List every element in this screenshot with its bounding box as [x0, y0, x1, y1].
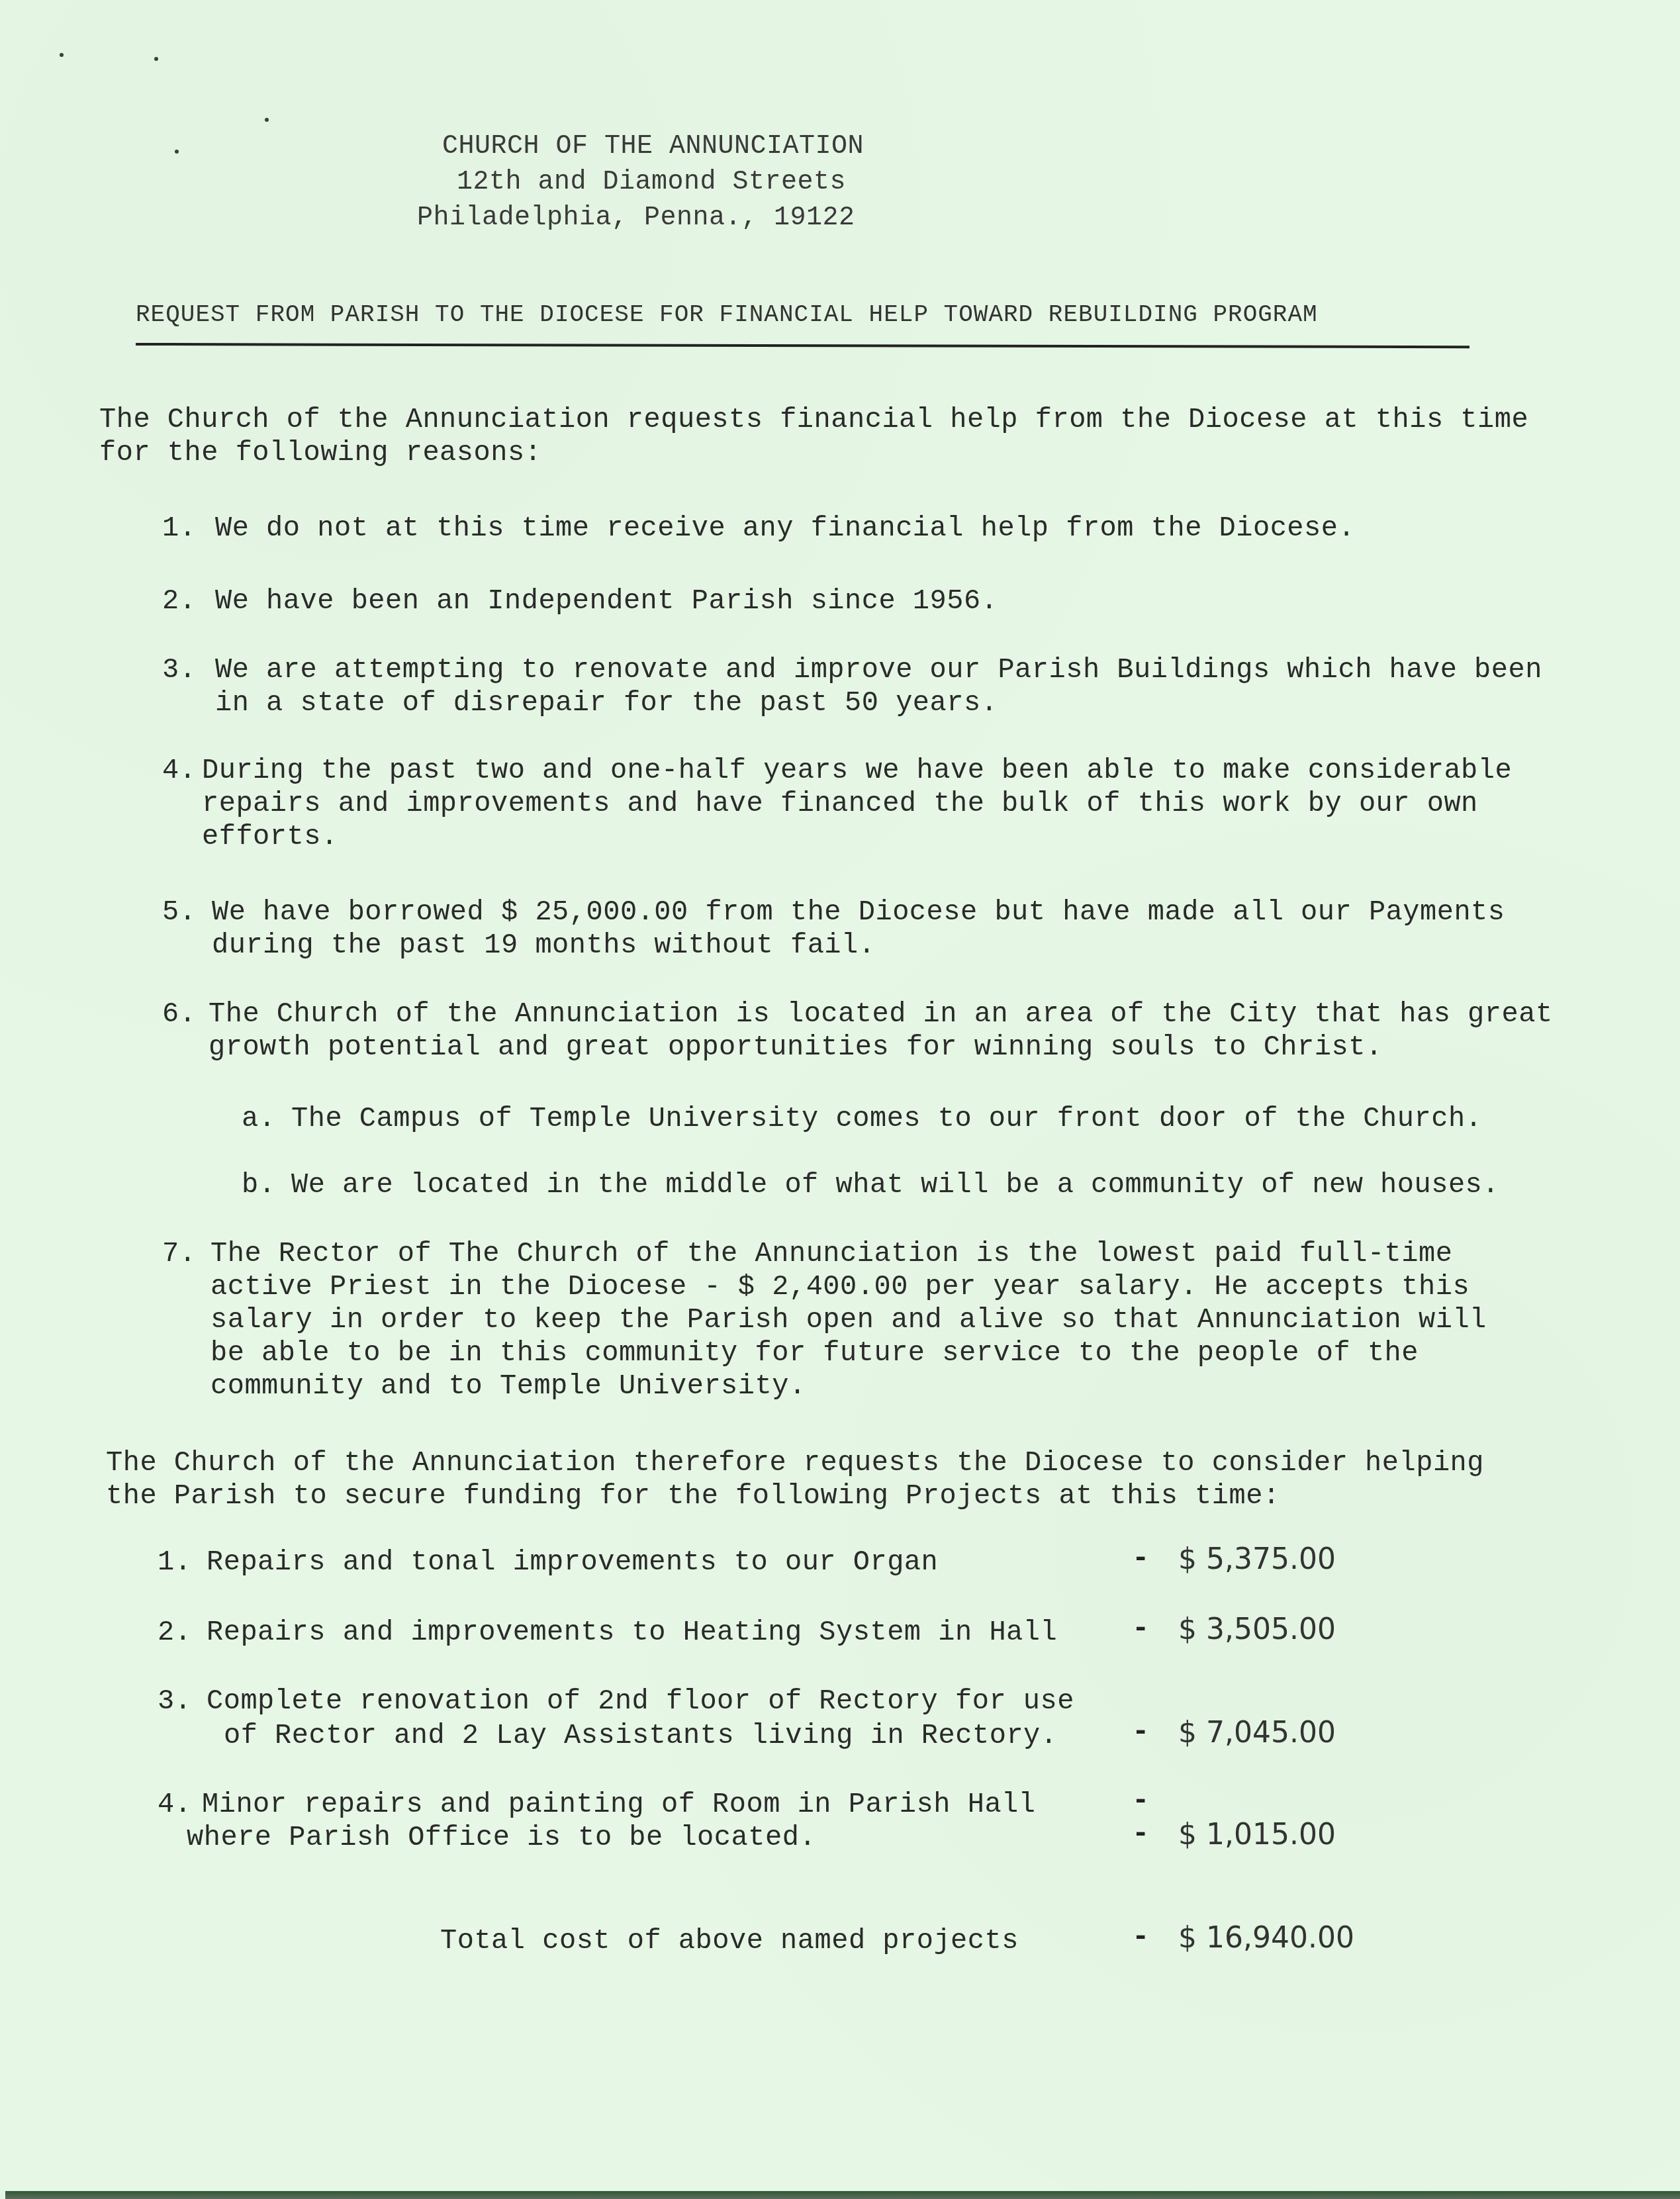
reason-text: We are attempting to renovate and improv… [215, 653, 1542, 687]
reason-text: efforts. [202, 819, 338, 854]
reason-text: We have been an Independent Parish since… [215, 584, 998, 618]
project-description: of Rector and 2 Lay Assistants living in… [224, 1718, 1058, 1753]
document-title: REQUEST FROM PARISH TO THE DIOCESE FOR F… [136, 301, 1470, 328]
ink-speck [265, 118, 269, 122]
project-amount: $ 5,375.00 [1178, 1542, 1336, 1576]
project-amount: $ 1,015.00 [1178, 1818, 1336, 1851]
letterhead-address: 12th and Diamond Streets [457, 165, 846, 200]
reason-text: We have borrowed $ 25,000.00 from the Di… [212, 895, 1505, 929]
intro-line-1: The Church of the Annunciation requests … [99, 402, 1528, 437]
sub-reason-letter: a. [242, 1101, 275, 1136]
page-edge [5, 2191, 1680, 2199]
project-amount: $ 3,505.00 [1178, 1613, 1336, 1646]
letterhead-city: Philadelphia, Penna., 19122 [417, 201, 855, 236]
reason-number: 6. [162, 997, 196, 1031]
reason-text: community and to Temple University. [210, 1369, 806, 1403]
project-dash: - [1132, 1785, 1149, 1818]
reason-number: 2. [162, 584, 196, 618]
ink-speck [60, 53, 64, 57]
sub-reason-text: The Campus of Temple University comes to… [291, 1101, 1482, 1136]
project-amount: $ 7,045.00 [1178, 1716, 1336, 1750]
project-dash: - [1132, 1542, 1149, 1575]
reason-text: during the past 19 months without fail. [212, 928, 875, 962]
project-dash: - [1132, 1818, 1149, 1851]
project-number: 2. [158, 1615, 191, 1650]
ink-speck [154, 57, 158, 61]
project-dash: - [1132, 1716, 1149, 1749]
reason-text: The Church of the Annunciation is locate… [209, 997, 1553, 1031]
project-description: Minor repairs and painting of Room in Pa… [202, 1787, 1036, 1822]
ink-speck [175, 150, 179, 154]
project-number: 4. [158, 1787, 191, 1822]
reason-text: in a state of disrepair for the past 50 … [215, 686, 998, 720]
reason-text: be able to be in this community for futu… [210, 1336, 1419, 1370]
request-line-2: the Parish to secure funding for the fol… [106, 1479, 1280, 1513]
reason-text: repairs and improvements and have financ… [202, 786, 1478, 821]
project-description: where Parish Office is to be located. [187, 1820, 816, 1855]
project-description: Repairs and tonal improvements to our Or… [207, 1545, 938, 1579]
reason-number: 4. [162, 753, 196, 788]
reason-text: The Rector of The Church of the Annuncia… [210, 1237, 1452, 1271]
project-number: 1. [158, 1545, 191, 1579]
reason-text: growth potential and great opportunities… [209, 1030, 1383, 1064]
intro-line-2: for the following reasons: [99, 436, 541, 470]
reason-text: We do not at this time receive any finan… [215, 511, 1355, 545]
total-amount: $ 16,940.00 [1178, 1921, 1354, 1955]
document-page [0, 0, 1680, 2190]
reason-text: active Priest in the Diocese - $ 2,400.0… [210, 1270, 1470, 1304]
project-dash: - [1132, 1613, 1149, 1646]
sub-reason-text: We are located in the middle of what wil… [291, 1168, 1499, 1202]
reason-number: 3. [162, 653, 196, 687]
sub-reason-letter: b. [242, 1168, 275, 1202]
reason-number: 1. [162, 511, 196, 545]
reason-text: During the past two and one-half years w… [202, 753, 1512, 788]
total-label: Total cost of above named projects [440, 1924, 1019, 1958]
letterhead-name: CHURCH OF THE ANNUNCIATION [442, 130, 864, 164]
reason-number: 7. [162, 1237, 196, 1271]
reason-text: salary in order to keep the Parish open … [210, 1303, 1487, 1337]
project-number: 3. [158, 1684, 191, 1718]
total-dash: - [1132, 1921, 1149, 1954]
request-line-1: The Church of the Annunciation therefore… [106, 1446, 1484, 1480]
reason-number: 5. [162, 895, 196, 929]
project-description: Complete renovation of 2nd floor of Rect… [207, 1684, 1074, 1718]
project-description: Repairs and improvements to Heating Syst… [207, 1615, 1057, 1650]
